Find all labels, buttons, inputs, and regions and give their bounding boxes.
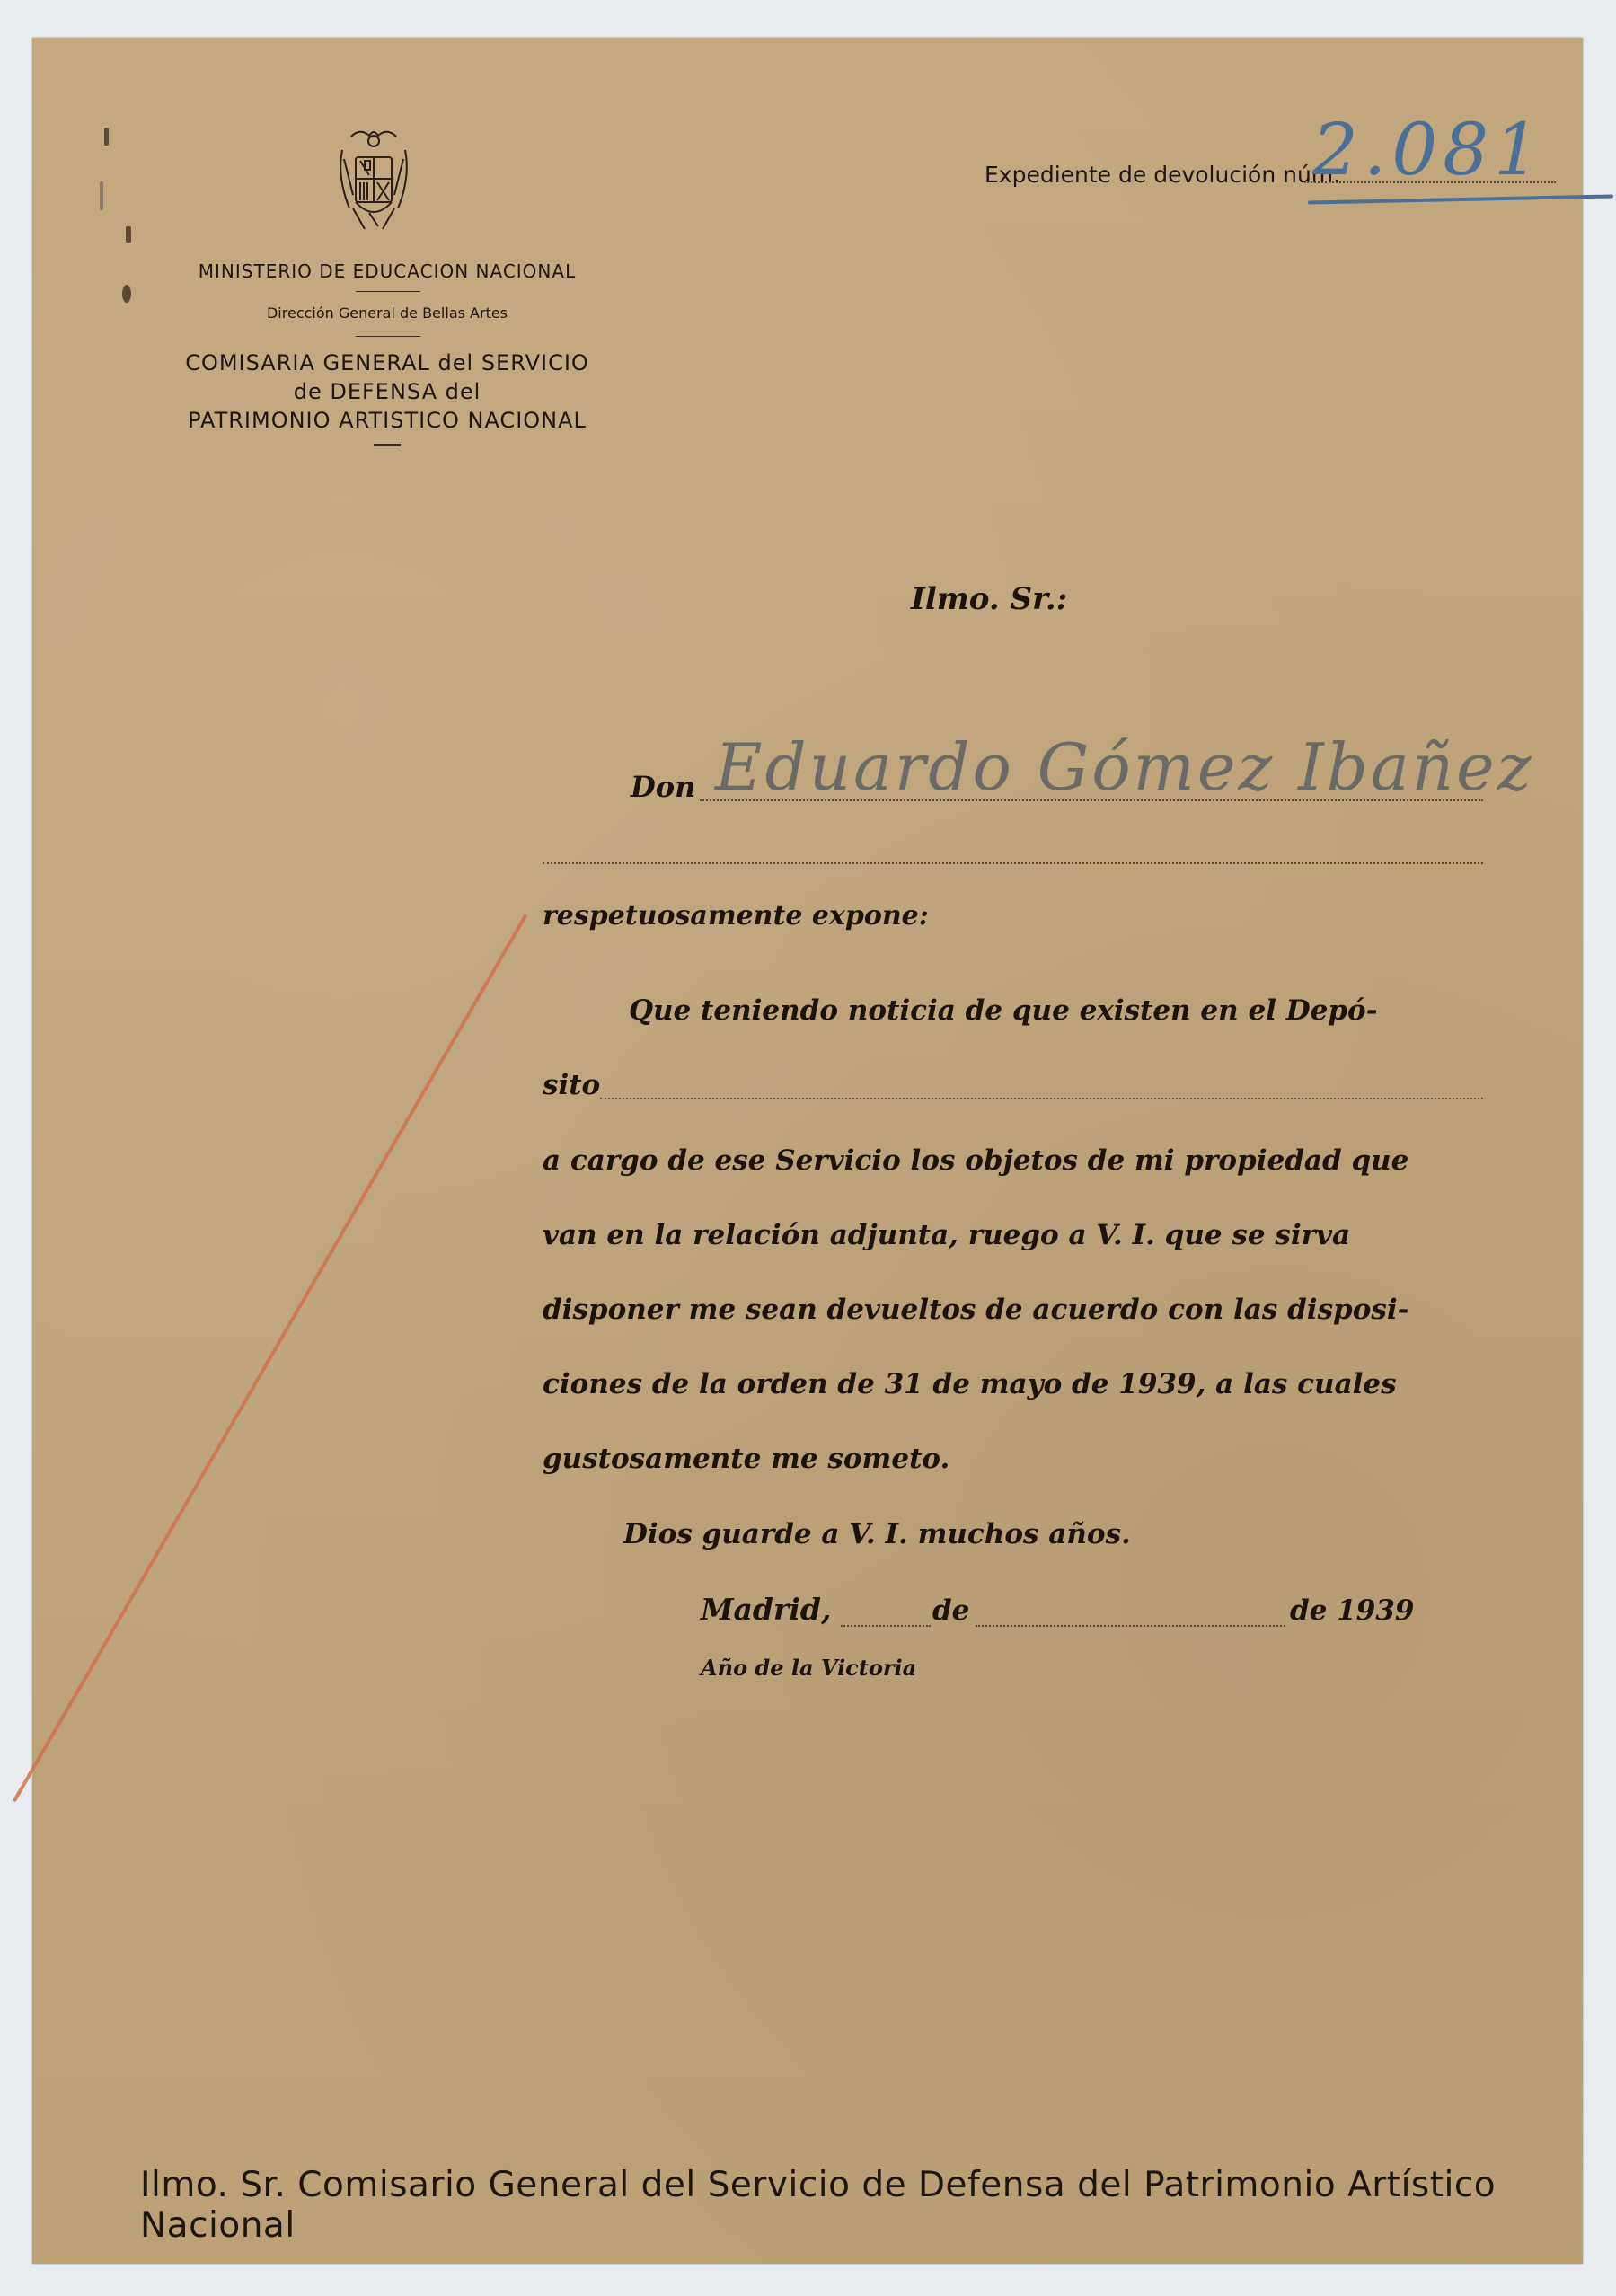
deposit-dotted-line [600,1098,1483,1099]
margin-tear [100,181,103,210]
closing-formula: Dios guarde a V. I. muchos años. [623,1518,1131,1550]
year-motto: Año de la Victoria [701,1655,916,1681]
divider [356,336,420,337]
body-line-3: a cargo de ese Servicio los objetos de m… [543,1144,1408,1177]
body-line-5: disponer me sean devueltos de acuerdo co… [543,1294,1408,1326]
file-number-underline [1308,194,1613,204]
commission-line-1: COMISARIA GENERAL del SERVICIO [154,350,621,375]
divider [374,444,401,446]
file-number-handwritten: 2.081 [1312,108,1545,191]
body-line-7: gustosamente me someto. [543,1443,949,1475]
document-page: MINISTERIO DE EDUCACION NACIONAL Direcci… [32,38,1583,2264]
applicant-prefix: Don [631,770,695,804]
footer-addressee: Ilmo. Sr. Comisario General del Servicio… [140,2165,1583,2246]
intro-text: respetuosamente expone: [543,900,929,932]
body-line-2: sito [543,1069,600,1101]
margin-mark [104,128,109,146]
ministry-name: MINISTERIO DE EDUCACION NACIONAL [154,261,621,282]
body-line-6: ciones de la orden de 31 de mayo de 1939… [543,1368,1397,1400]
applicant-name-handwritten: Eduardo Gómez Ibañez [715,729,1534,805]
salutation: Ilmo. Sr.: [911,581,1067,617]
file-number-label: Expediente de devolución núm. [985,162,1340,188]
date-de: de [932,1594,969,1627]
margin-stain [122,285,131,303]
red-pencil-strike [13,914,527,1802]
divider [356,291,420,292]
directorate-name: Dirección General de Bellas Artes [154,305,621,322]
commission-line-2: de DEFENSA del [154,379,621,404]
date-day-dotted-line [841,1625,931,1627]
margin-mark [126,226,131,243]
date-year: de 1939 [1290,1594,1414,1627]
body-line-1: Que teniendo noticia de que existen en e… [629,994,1378,1027]
spanish-coat-of-arms-icon [333,123,414,235]
commission-line-3: PATRIMONIO ARTISTICO NACIONAL [154,408,621,433]
applicant-second-dotted-line [543,862,1483,864]
date-month-dotted-line [976,1625,1285,1627]
body-line-4: van en la relación adjunta, ruego a V. I… [543,1219,1350,1251]
date-city: Madrid, [701,1592,831,1627]
